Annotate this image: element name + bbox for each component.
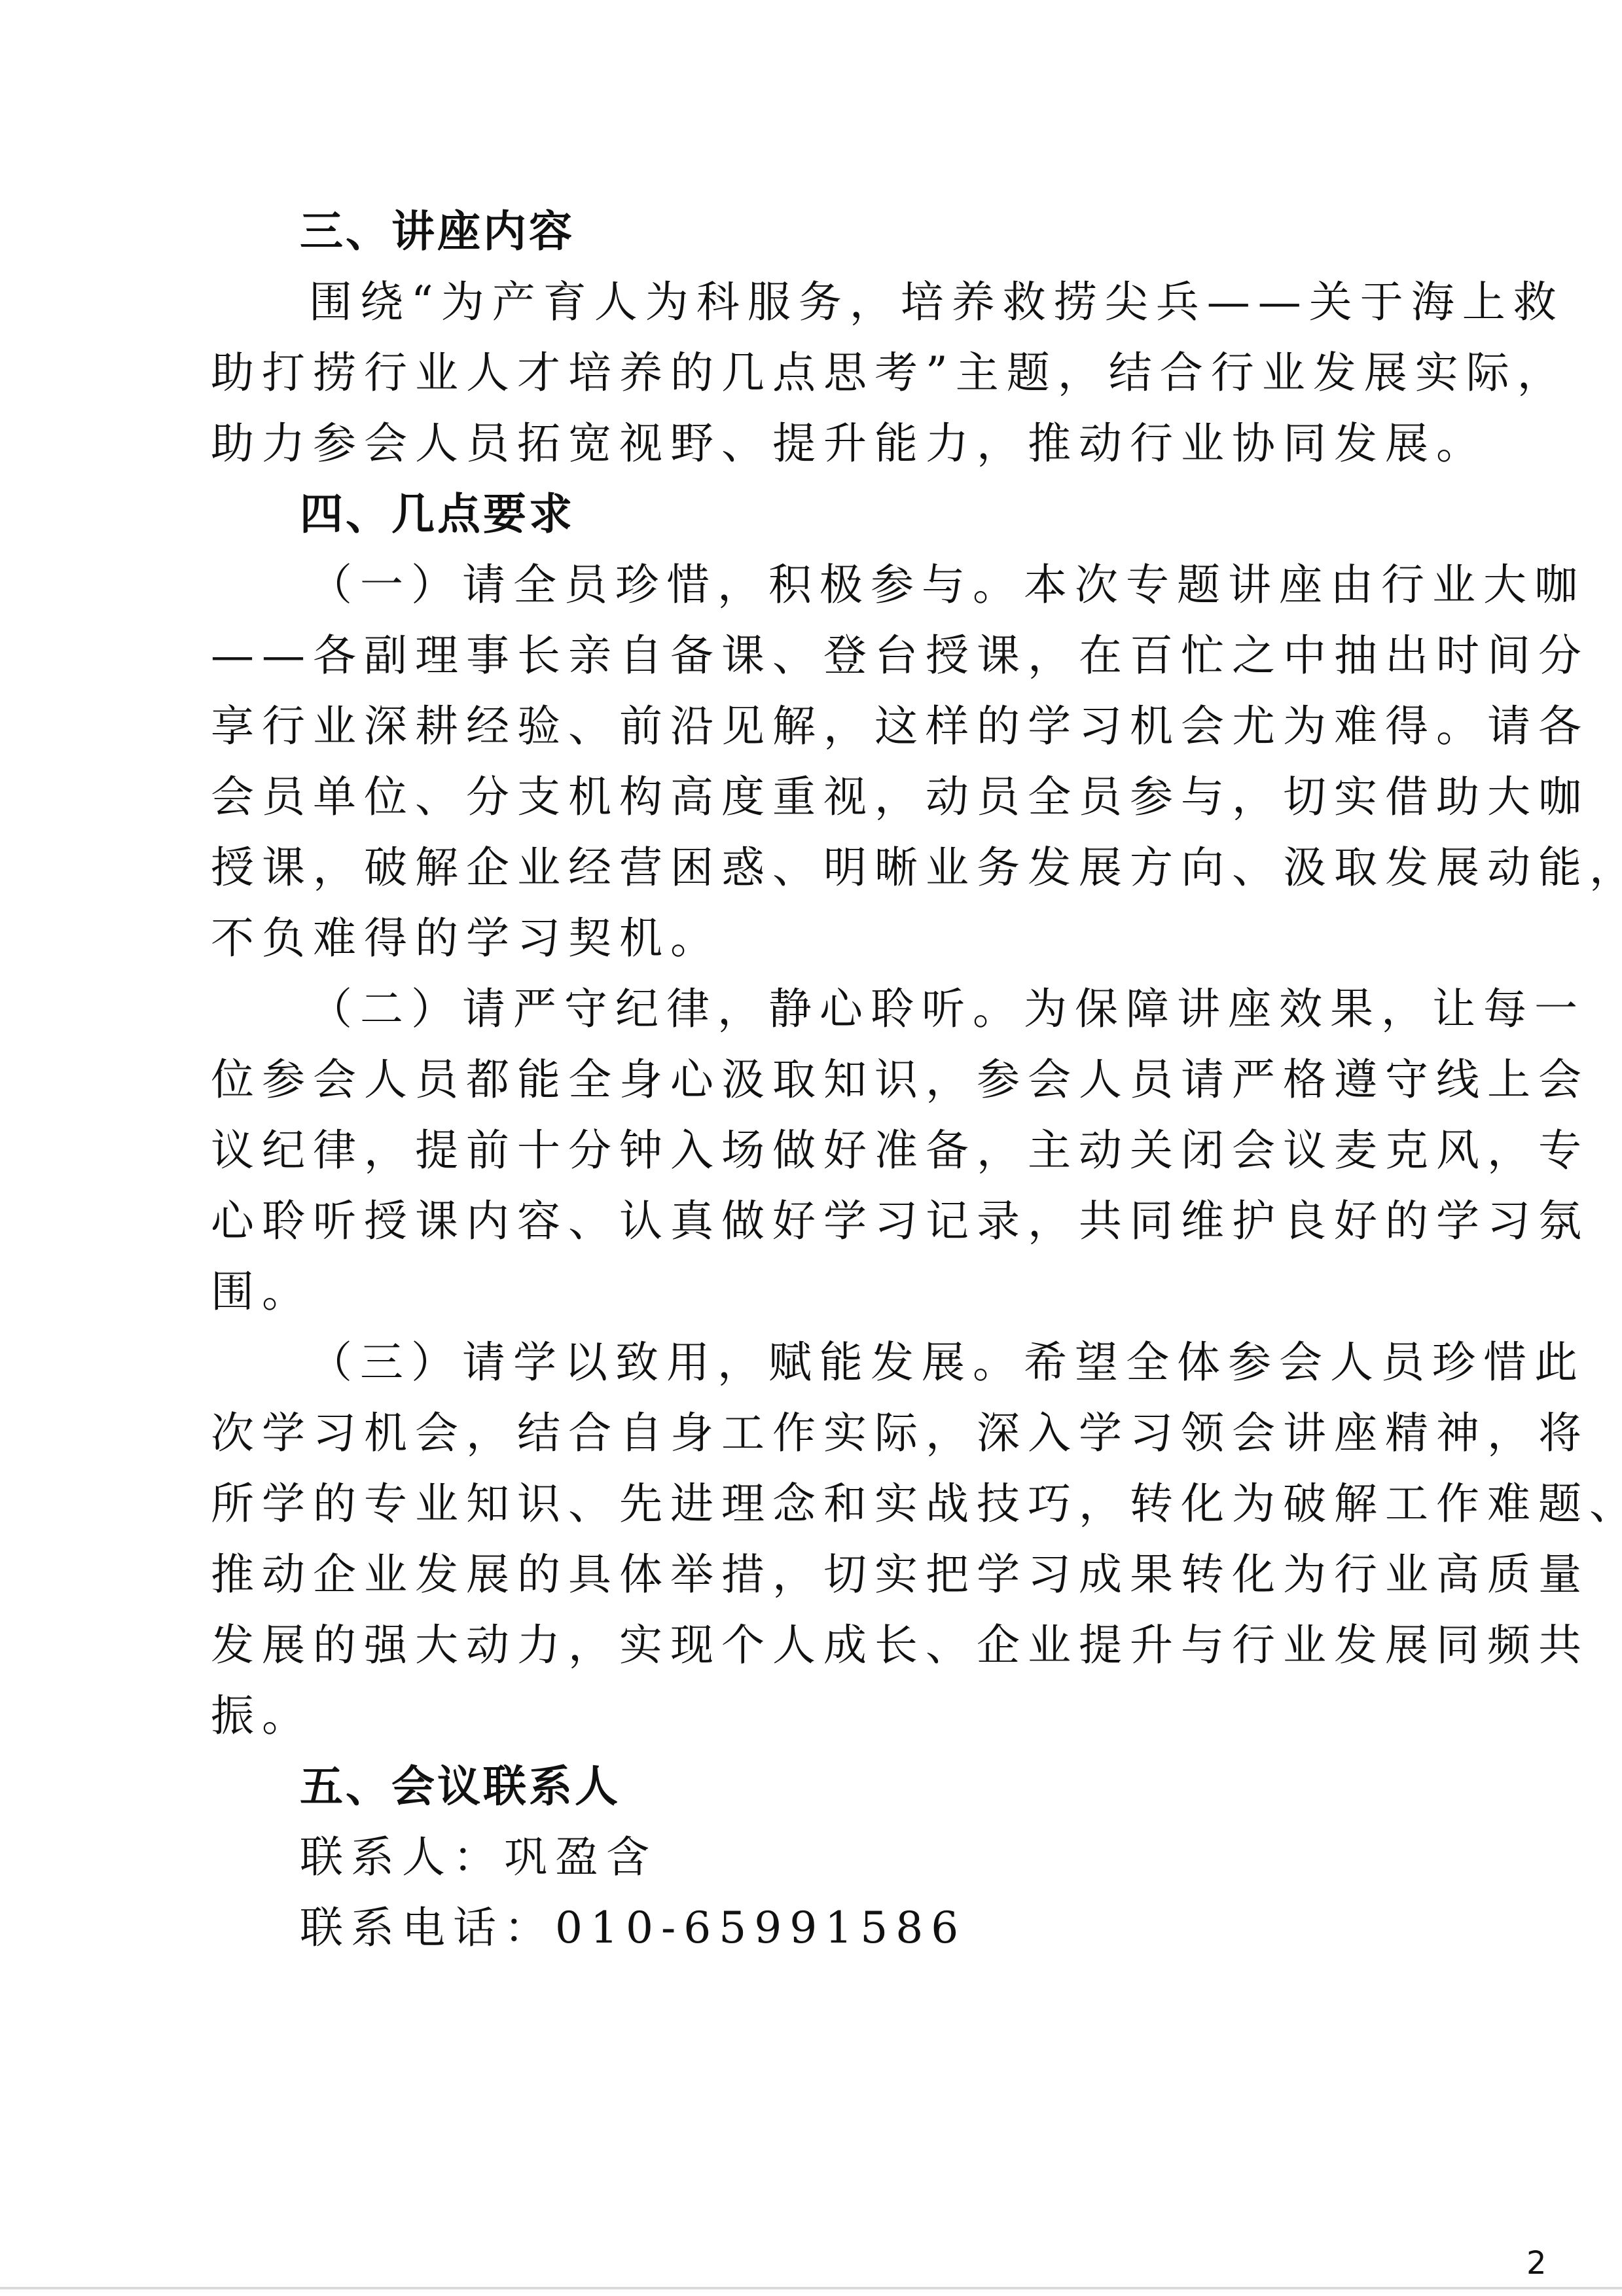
document-page: 三、讲座内容 围绕“为产育人为科服务，培养救捞尖兵——关于海上救 助打捞行业人才… [0, 0, 1622, 2296]
section-heading-lecture-content: 三、讲座内容 [211, 196, 1422, 267]
paragraph-line: 发展的强大动力，实现个人成长、企业提升与行业发展同频共 [211, 1610, 1422, 1681]
paragraph-line: 推动企业发展的具体举措，切实把学习成果转化为行业高质量 [211, 1539, 1422, 1610]
paragraph-line: 振。 [211, 1681, 1422, 1751]
document-body: 三、讲座内容 围绕“为产育人为科服务，培养救捞尖兵——关于海上救 助打捞行业人才… [211, 196, 1422, 1964]
paragraph-line: 议纪律，提前十分钟入场做好准备，主动关闭会议麦克风，专 [211, 1115, 1422, 1186]
paragraph-line: （二）请严守纪律，静心聆听。为保障讲座效果，让每一 [211, 974, 1422, 1045]
contact-phone-label: 联系电话： [300, 1903, 555, 1953]
contact-person-name: 巩盈含 [504, 1832, 657, 1882]
paragraph-line: 位参会人员都能全身心汲取知识，参会人员请严格遵守线上会 [211, 1045, 1422, 1115]
contact-person-label: 联系人： [300, 1832, 504, 1882]
paragraph-line: 心聆听授课内容、认真做好学习记录，共同维护良好的学习氛 [211, 1186, 1422, 1257]
paragraph-line: ——各副理事长亲自备课、登台授课，在百忙之中抽出时间分 [211, 620, 1422, 691]
page-number: 2 [1526, 2245, 1547, 2282]
paragraph-line: 所学的专业知识、先进理念和实战技巧，转化为破解工作难题、 [211, 1469, 1422, 1539]
contact-person: 联系人：巩盈含 [211, 1822, 1422, 1893]
section-heading-contact: 五、会议联系人 [211, 1751, 1422, 1822]
page-bottom-edge [0, 2287, 1622, 2289]
paragraph-line: 授课，破解企业经营困惑、明晰业务发展方向、汲取发展动能， [211, 833, 1422, 903]
section-heading-requirements: 四、几点要求 [211, 479, 1422, 550]
paragraph-line: （一）请全员珍惜，积极参与。本次专题讲座由行业大咖 [211, 550, 1422, 620]
paragraph-line: 次学习机会，结合自身工作实际，深入学习领会讲座精神，将 [211, 1398, 1422, 1469]
contact-phone: 联系电话：010-65991586 [211, 1893, 1422, 1964]
paragraph-line: 助打捞行业人才培养的几点思考”主题，结合行业发展实际， [211, 338, 1422, 408]
paragraph-line: （三）请学以致用，赋能发展。希望全体参会人员珍惜此 [211, 1327, 1422, 1398]
paragraph-line: 享行业深耕经验、前沿见解，这样的学习机会尤为难得。请各 [211, 691, 1422, 762]
paragraph-line: 助力参会人员拓宽视野、提升能力，推动行业协同发展。 [211, 408, 1422, 479]
paragraph-line: 围。 [211, 1257, 1422, 1327]
paragraph-line: 围绕“为产育人为科服务，培养救捞尖兵——关于海上救 [211, 267, 1422, 338]
contact-phone-number: 010-65991586 [555, 1903, 966, 1953]
paragraph-line: 会员单位、分支机构高度重视，动员全员参与，切实借助大咖 [211, 762, 1422, 833]
paragraph-line: 不负难得的学习契机。 [211, 903, 1422, 974]
